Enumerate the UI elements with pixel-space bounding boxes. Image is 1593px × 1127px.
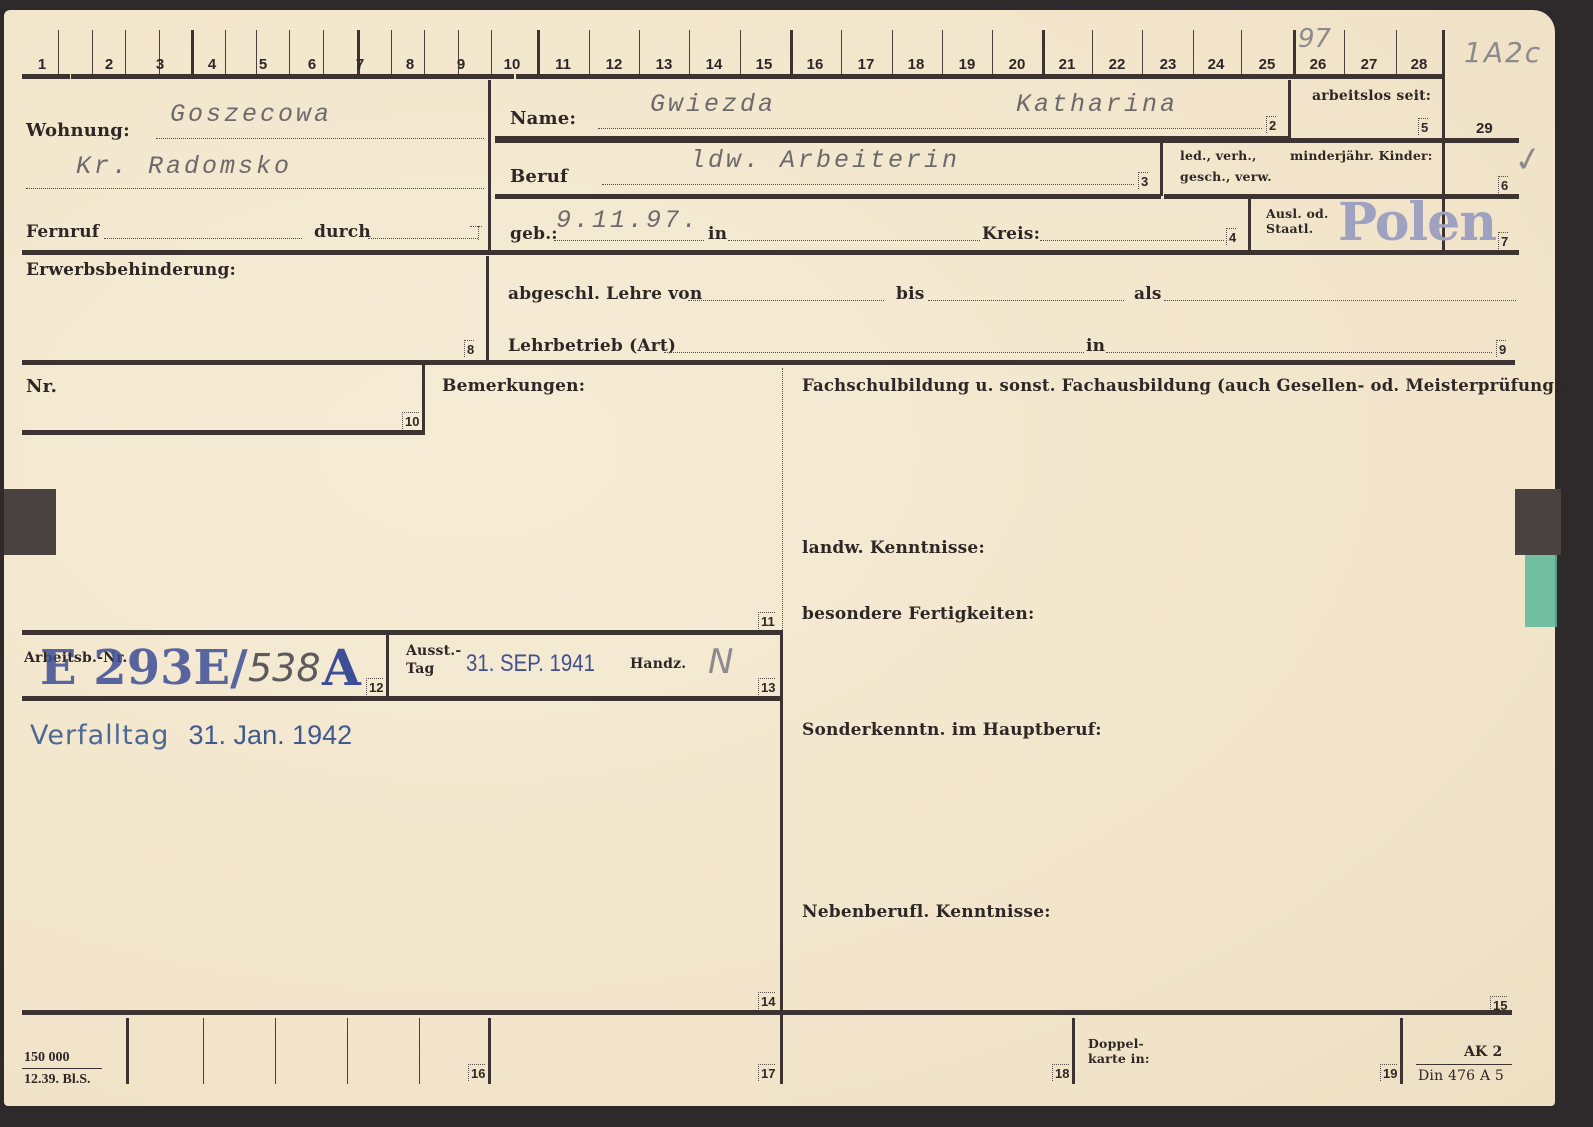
apprenticeship-to-field[interactable] [928, 300, 1124, 301]
right-index-tab [1515, 489, 1561, 555]
marital-line-2: gesch., verw. [1180, 169, 1272, 184]
birth-label: geb.: [510, 224, 558, 244]
field-number: 3 [1138, 172, 1148, 189]
ruler-number: 12 [599, 56, 629, 73]
surname-value[interactable]: Gwiezda [650, 90, 776, 119]
print-info: 12.39. Bl.S. [24, 1072, 91, 1088]
green-marker-tab [1525, 555, 1557, 627]
expiry-stamp: Verfalltag 31. Jan. 1942 [30, 720, 352, 751]
district-field[interactable] [1040, 240, 1224, 241]
address-line-2[interactable]: Kr. Radomsko [76, 152, 292, 181]
ruler-number: 2 [94, 56, 124, 73]
ruler-number: 22 [1102, 56, 1132, 73]
ruler-number: 24 [1201, 56, 1231, 73]
address-label: Wohnung: [26, 120, 130, 141]
marital-line-1: led., verh., [1180, 148, 1272, 163]
field-number: 6 [1498, 176, 1508, 193]
field-number: 18 [1052, 1064, 1069, 1081]
nationality-line-1: Ausl. od. [1266, 206, 1329, 221]
marital-status-label: led., verh., gesch., verw. [1180, 148, 1272, 184]
field-number: 2 [1266, 116, 1276, 133]
field-number: 16 [468, 1064, 485, 1081]
ruler-number: 4 [197, 56, 227, 73]
ruler-number: 26 [1303, 56, 1333, 73]
agricultural-knowledge-label: landw. Kenntnisse: [802, 538, 985, 558]
issued-date-stamp: 31. SEP. 1941 [466, 650, 595, 678]
issued-label-line-2: Tag [406, 660, 461, 678]
field-number: 11 [758, 612, 775, 629]
initials-label: Handz. [630, 656, 686, 672]
ruler-number: 14 [699, 56, 729, 73]
via-label: durch [314, 222, 371, 242]
labor-office-registration-card: 1 2 3 4 5 6 7 8 9 10 11 12 13 14 15 16 1… [4, 10, 1555, 1106]
ruler-number: 5 [248, 56, 278, 73]
apprenticeship-in-field[interactable] [1106, 352, 1492, 353]
main-occupation-knowledge-label: Sonderkenntn. im Hauptberuf: [802, 720, 1102, 740]
ruler-number: 16 [800, 56, 830, 73]
ruler-number: 11 [548, 56, 578, 73]
birth-place-field[interactable] [728, 240, 980, 241]
field-number: 13 [758, 678, 775, 695]
ruler-number: 18 [901, 56, 931, 73]
field-number: 19 [1380, 1064, 1397, 1081]
nationality-label: Ausl. od. Staatl. [1266, 206, 1329, 236]
address-line-1[interactable]: Goszecowa [170, 100, 332, 129]
ruler-number: 9 [446, 56, 476, 73]
apprenticeship-in-label: in [1086, 336, 1105, 356]
occupation-label: Beruf [510, 166, 568, 187]
field-number: 14 [758, 992, 775, 1009]
ruler-number: 17 [851, 56, 881, 73]
unemployed-label: arbeitslos seit: [1312, 88, 1431, 104]
ruler-number: 15 [749, 56, 779, 73]
ruler-number: 25 [1252, 56, 1282, 73]
field-number: 8 [464, 340, 474, 357]
ruler-number: 1 [27, 56, 57, 73]
district-label: Kreis: [982, 224, 1040, 244]
ruler-number: 10 [497, 56, 527, 73]
issued-day-label: Ausst.- Tag [406, 642, 461, 678]
apprenticeship-company-label: Lehrbetrieb (Art) [508, 336, 676, 356]
field-number: 9 [1496, 340, 1506, 357]
pencil-note-top: 97 [1298, 24, 1331, 54]
workbook-number-stamp: E 293E/ [40, 640, 248, 696]
duplicate-line-2: karte in: [1088, 1051, 1150, 1066]
apprenticeship-as-field[interactable] [1164, 300, 1516, 301]
occupation-value[interactable]: ldw. Arbeiterin [690, 146, 960, 175]
ruler-number: 3 [145, 56, 175, 73]
ruler-number: 27 [1354, 56, 1384, 73]
ruler-number: 13 [649, 56, 679, 73]
ruler-number: 7 [345, 56, 375, 73]
disability-label: Erwerbsbehinderung: [26, 260, 236, 280]
initials-value: N [708, 642, 733, 682]
duplicate-card-label: Doppel- karte in: [1088, 1036, 1150, 1066]
phone-field[interactable] [104, 238, 302, 239]
birth-place-label: in [708, 224, 727, 244]
number-label: Nr. [26, 376, 57, 397]
remarks-label: Bemerkungen: [442, 376, 585, 396]
birth-date-value[interactable]: 9.11.97. [556, 206, 700, 235]
special-skills-label: besondere Fertigkeiten: [802, 604, 1034, 624]
ruler-number: 19 [952, 56, 982, 73]
apprenticeship-from-field[interactable] [688, 300, 884, 301]
field-number: 12 [366, 678, 383, 695]
form-code: AK 2 [1464, 1044, 1502, 1060]
expiry-word: Verfalltag [30, 720, 169, 751]
ruler-number: 21 [1052, 56, 1082, 73]
nationality-stamp: Polen [1338, 192, 1496, 253]
name-label: Name: [510, 108, 576, 129]
ruler-number: 20 [1002, 56, 1032, 73]
ruler-number: 8 [395, 56, 425, 73]
workbook-handwritten-number: 538 [248, 646, 321, 690]
phone-label: Fernruf [26, 222, 99, 242]
side-occupation-knowledge-label: Nebenberufl. Kenntnisse: [802, 902, 1051, 922]
field-number: 5 [1418, 118, 1428, 135]
apprenticeship-as-label: als [1134, 284, 1162, 304]
children-label: minderjähr. Kinder: [1290, 148, 1433, 163]
din-code: Din 476 A 5 [1418, 1068, 1504, 1084]
field-number: 4 [1226, 228, 1236, 245]
duplicate-line-1: Doppel- [1088, 1036, 1150, 1051]
pencil-checkmark: ✓ [1511, 138, 1546, 182]
field-number-29: 29 [1476, 120, 1493, 137]
apprenticeship-to-label: bis [896, 284, 925, 304]
left-index-tab [4, 489, 56, 555]
nationality-line-2: Staatl. [1266, 221, 1329, 236]
field-number: 7 [1498, 232, 1508, 249]
ruler-number: 23 [1153, 56, 1183, 73]
apprenticeship-company-field[interactable] [664, 352, 1084, 353]
vocational-training-label: Fachschulbildung u. sonst. Fachausbildun… [802, 376, 1568, 395]
apprenticeship-from-label: abgeschl. Lehre von [508, 284, 702, 304]
ruler-number: 28 [1404, 56, 1434, 73]
via-field[interactable] [368, 238, 478, 239]
print-run: 150 000 [24, 1050, 70, 1066]
expiry-date: 31. Jan. 1942 [189, 720, 353, 750]
field-number: 17 [758, 1064, 775, 1081]
given-name-value[interactable]: Katharina [1016, 90, 1178, 119]
field-number: 10 [402, 412, 419, 429]
workbook-suffix-stamp: A [322, 638, 361, 697]
issued-label-line-1: Ausst.- [406, 642, 461, 660]
pencil-note-corner: 1A2c [1464, 36, 1542, 69]
ruler-number: 6 [297, 56, 327, 73]
